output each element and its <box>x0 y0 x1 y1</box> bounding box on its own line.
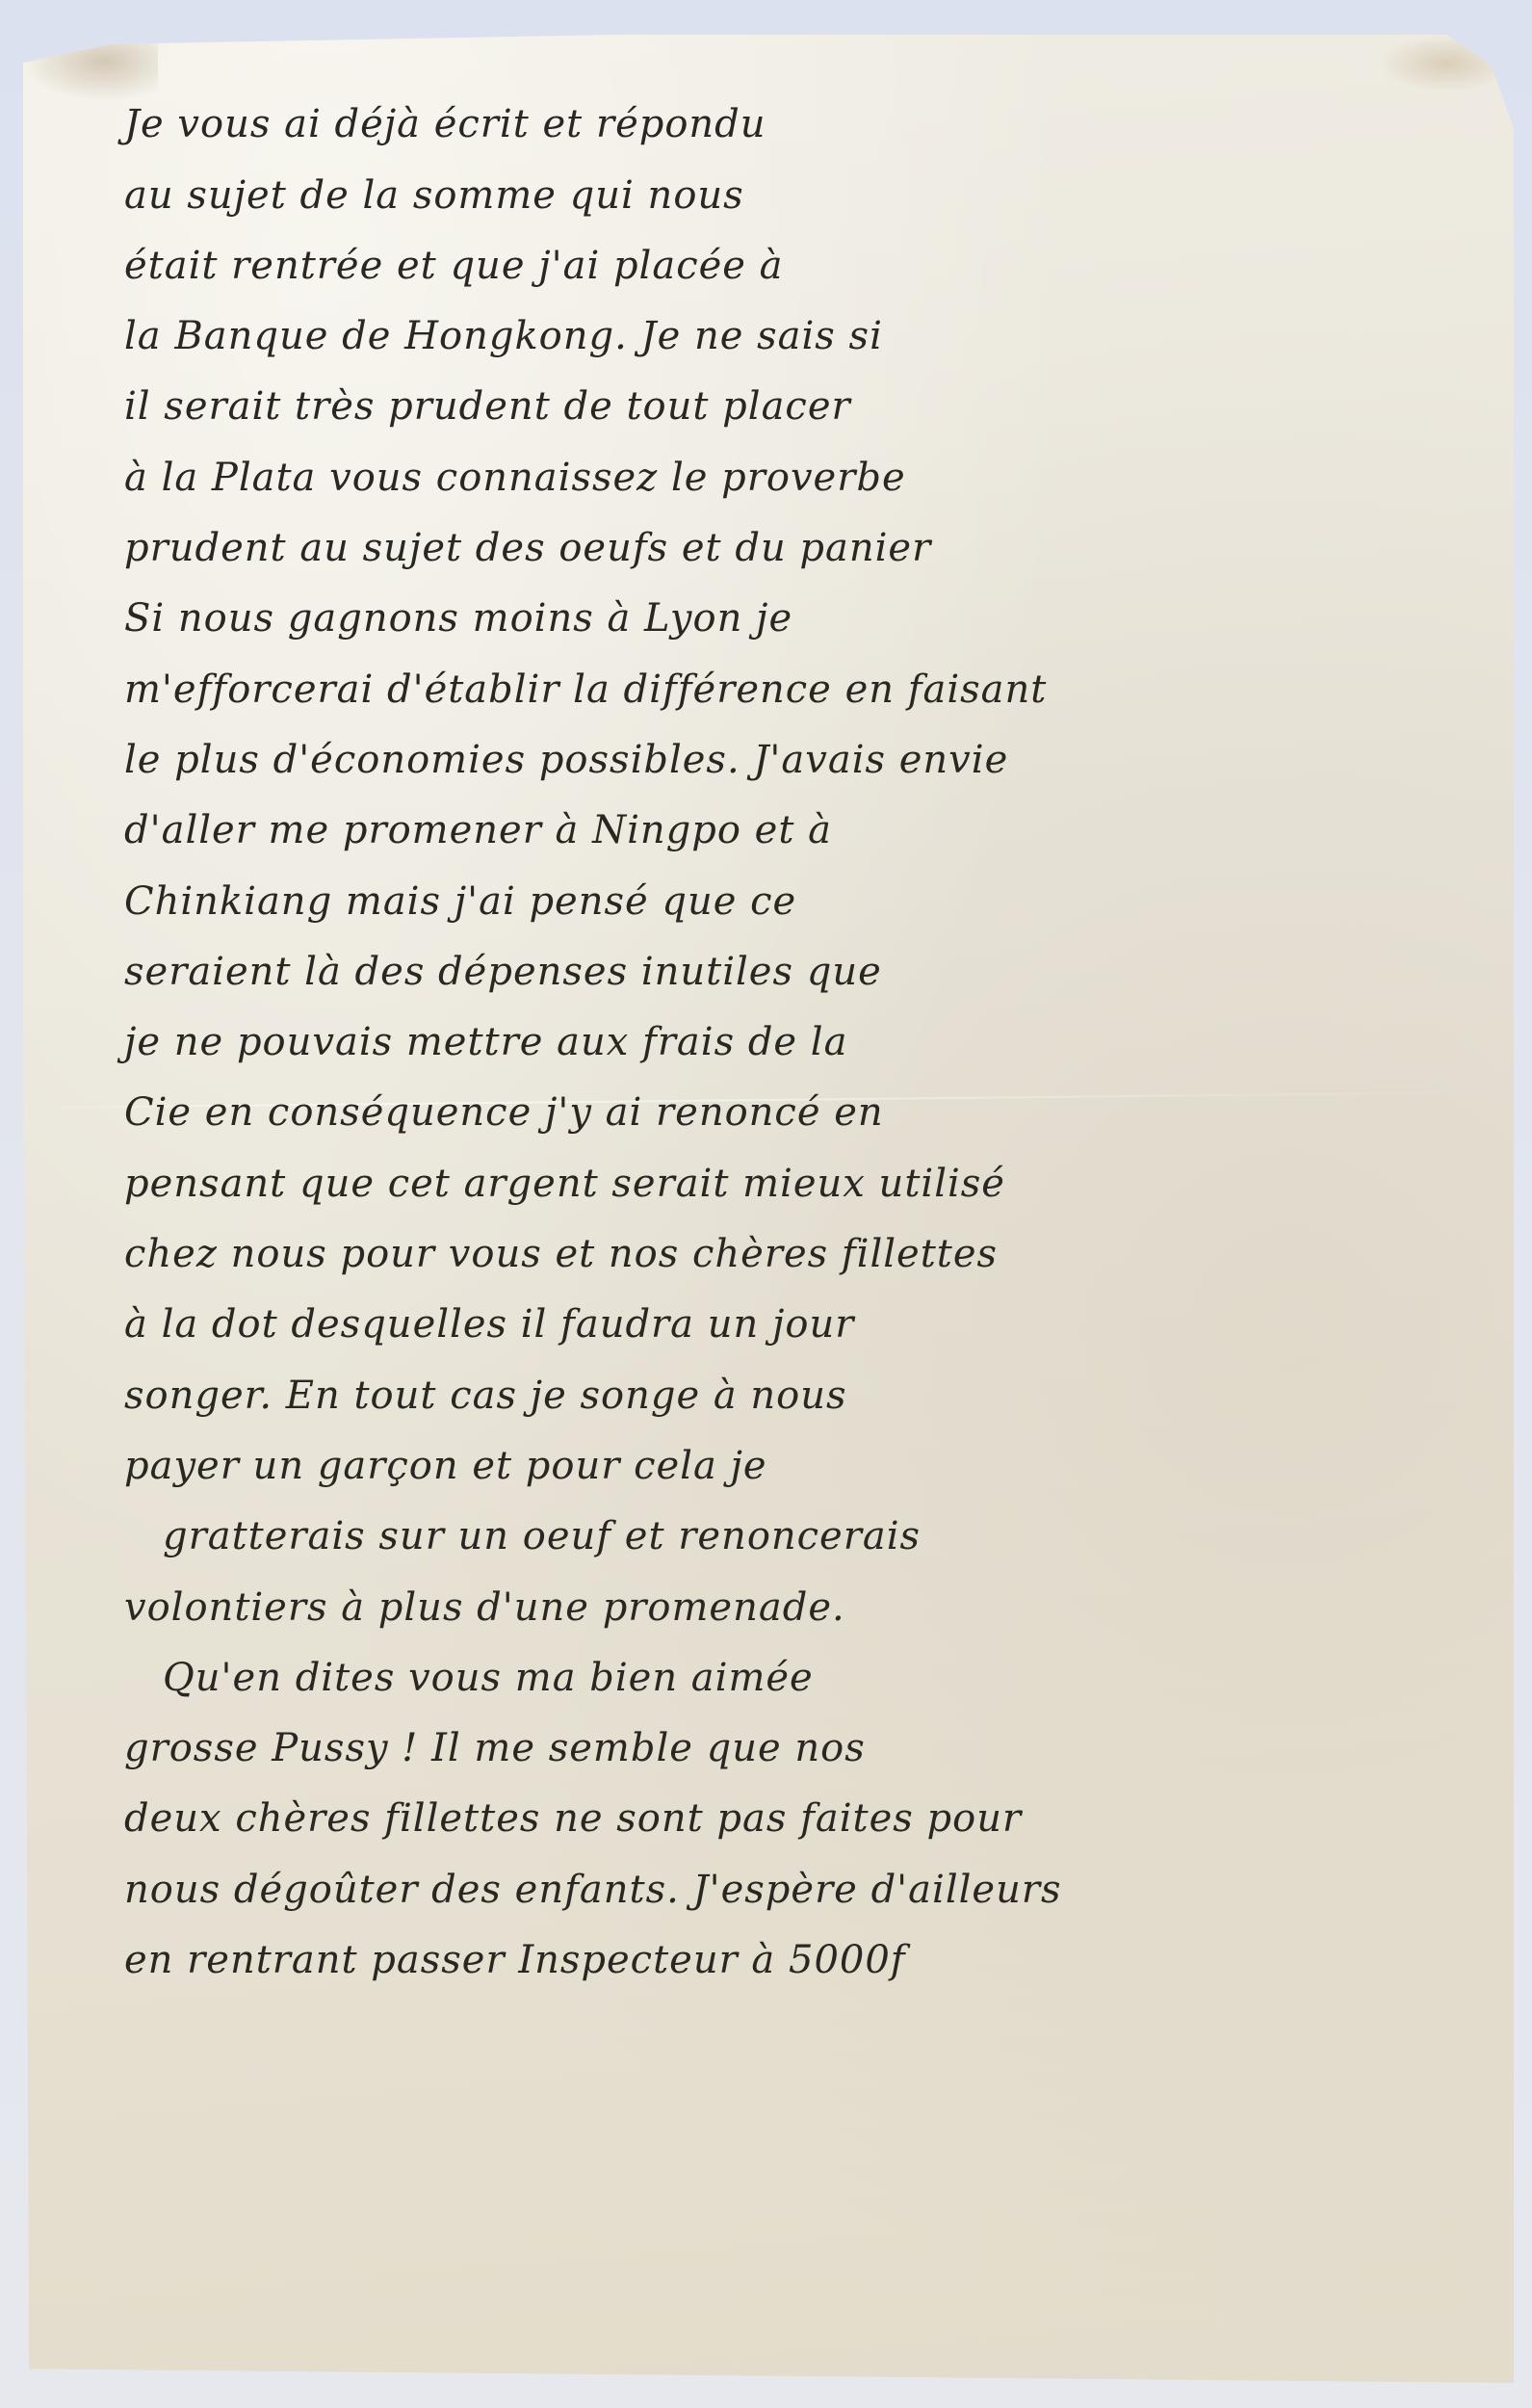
handwritten-line: songer. En tout cas je songe à nous <box>124 1351 1511 1422</box>
line-text: prudent au sujet des oeufs et du panier <box>124 529 931 575</box>
line-text: m'efforcerai d'établir la différence en … <box>124 670 1047 717</box>
line-text: Chinkiang mais j'ai pensé que ce <box>124 882 796 929</box>
handwritten-line: la Banque de Hongkong. Je ne sais si <box>124 293 1511 363</box>
handwritten-line: volontiers à plus d'une promenade. <box>124 1563 1511 1634</box>
handwritten-line: prudent au sujet des oeufs et du panier <box>124 505 1511 575</box>
handwritten-line: il serait très prudent de tout placer <box>124 363 1511 433</box>
handwritten-line: gratterais sur un oeuf et renoncerais <box>124 1493 1511 1563</box>
handwritten-line: grosse Pussy ! Il me semble que nos <box>124 1705 1511 1775</box>
line-text: à la Plata vous connaissez le proverbe <box>124 458 906 505</box>
line-text: à la dot desquelles il faudra un jour <box>124 1305 854 1351</box>
line-text: volontiers à plus d'une promenade. <box>124 1588 845 1635</box>
handwritten-line: à la dot desquelles il faudra un jour <box>124 1281 1511 1351</box>
letter-body: Je vous ai déjà écrit et répondu au suje… <box>124 81 1511 1987</box>
handwritten-line: m'efforcerai d'établir la différence en … <box>124 645 1511 716</box>
line-text: en rentrant passer Inspecteur à 5000f <box>124 1941 906 1987</box>
handwritten-line: à la Plata vous connaissez le proverbe <box>124 433 1511 504</box>
handwritten-line: en rentrant passer Inspecteur à 5000f <box>124 1917 1511 1987</box>
handwritten-line: Si nous gagnons moins à Lyon je <box>124 575 1511 645</box>
line-text: il serait très prudent de tout placer <box>124 387 851 433</box>
line-text: était rentrée et que j'ai placée à <box>124 247 784 293</box>
handwritten-line: Qu'en dites vous ma bien aimée <box>124 1635 1511 1705</box>
line-text: nous dégoûter des enfants. J'espère d'ai… <box>124 1871 1061 1917</box>
handwritten-line: au sujet de la somme qui nous <box>124 151 1511 222</box>
line-text: gratterais sur un oeuf et renoncerais <box>163 1517 921 1563</box>
line-text: chez nous pour vous et nos chères fillet… <box>124 1235 998 1281</box>
line-text: Cie en conséquence j'y ai renoncé en <box>124 1093 884 1139</box>
handwritten-line: pensant que cet argent serait mieux util… <box>124 1139 1511 1210</box>
handwritten-line: nous dégoûter des enfants. J'espère d'ai… <box>124 1845 1511 1916</box>
line-text: grosse Pussy ! Il me semble que nos <box>124 1729 866 1775</box>
handwritten-line: Chinkiang mais j'ai pensé que ce <box>124 857 1511 928</box>
line-text: deux chères fillettes ne sont pas faites… <box>124 1799 1022 1845</box>
line-text: la Banque de Hongkong. Je ne sais si <box>124 317 883 363</box>
handwritten-line: seraient là des dépenses inutiles que <box>124 929 1511 999</box>
handwritten-line: chez nous pour vous et nos chères fillet… <box>124 1211 1511 1281</box>
line-text: Qu'en dites vous ma bien aimée <box>163 1659 814 1705</box>
handwritten-line: d'aller me promener à Ningpo et à <box>124 787 1511 857</box>
line-text: pensant que cet argent serait mieux util… <box>124 1165 1005 1211</box>
line-text: songer. En tout cas je songe à nous <box>124 1376 847 1423</box>
line-text: seraient là des dépenses inutiles que <box>124 953 882 999</box>
handwritten-line: Je vous ai déjà écrit et répondu <box>124 81 1511 151</box>
handwritten-line: payer un garçon et pour cela je <box>124 1423 1511 1493</box>
line-text: payer un garçon et pour cela je <box>124 1447 767 1493</box>
handwritten-line: était rentrée et que j'ai placée à <box>124 222 1511 293</box>
line-text: Je vous ai déjà écrit et répondu <box>124 105 766 151</box>
handwritten-line: deux chères fillettes ne sont pas faites… <box>124 1775 1511 1845</box>
line-text: Si nous gagnons moins à Lyon je <box>124 599 792 645</box>
handwritten-line: je ne pouvais mettre aux frais de la <box>124 999 1511 1069</box>
handwritten-line: le plus d'économies possibles. J'avais e… <box>124 717 1511 787</box>
letter-page: Je vous ai déjà écrit et répondu au suje… <box>23 35 1514 2383</box>
line-text: au sujet de la somme qui nous <box>124 176 744 222</box>
line-text: le plus d'économies possibles. J'avais e… <box>124 741 1008 787</box>
line-text: je ne pouvais mettre aux frais de la <box>124 1023 847 1069</box>
line-text: d'aller me promener à Ningpo et à <box>124 811 832 857</box>
handwritten-line: Cie en conséquence j'y ai renoncé en <box>124 1069 1511 1139</box>
